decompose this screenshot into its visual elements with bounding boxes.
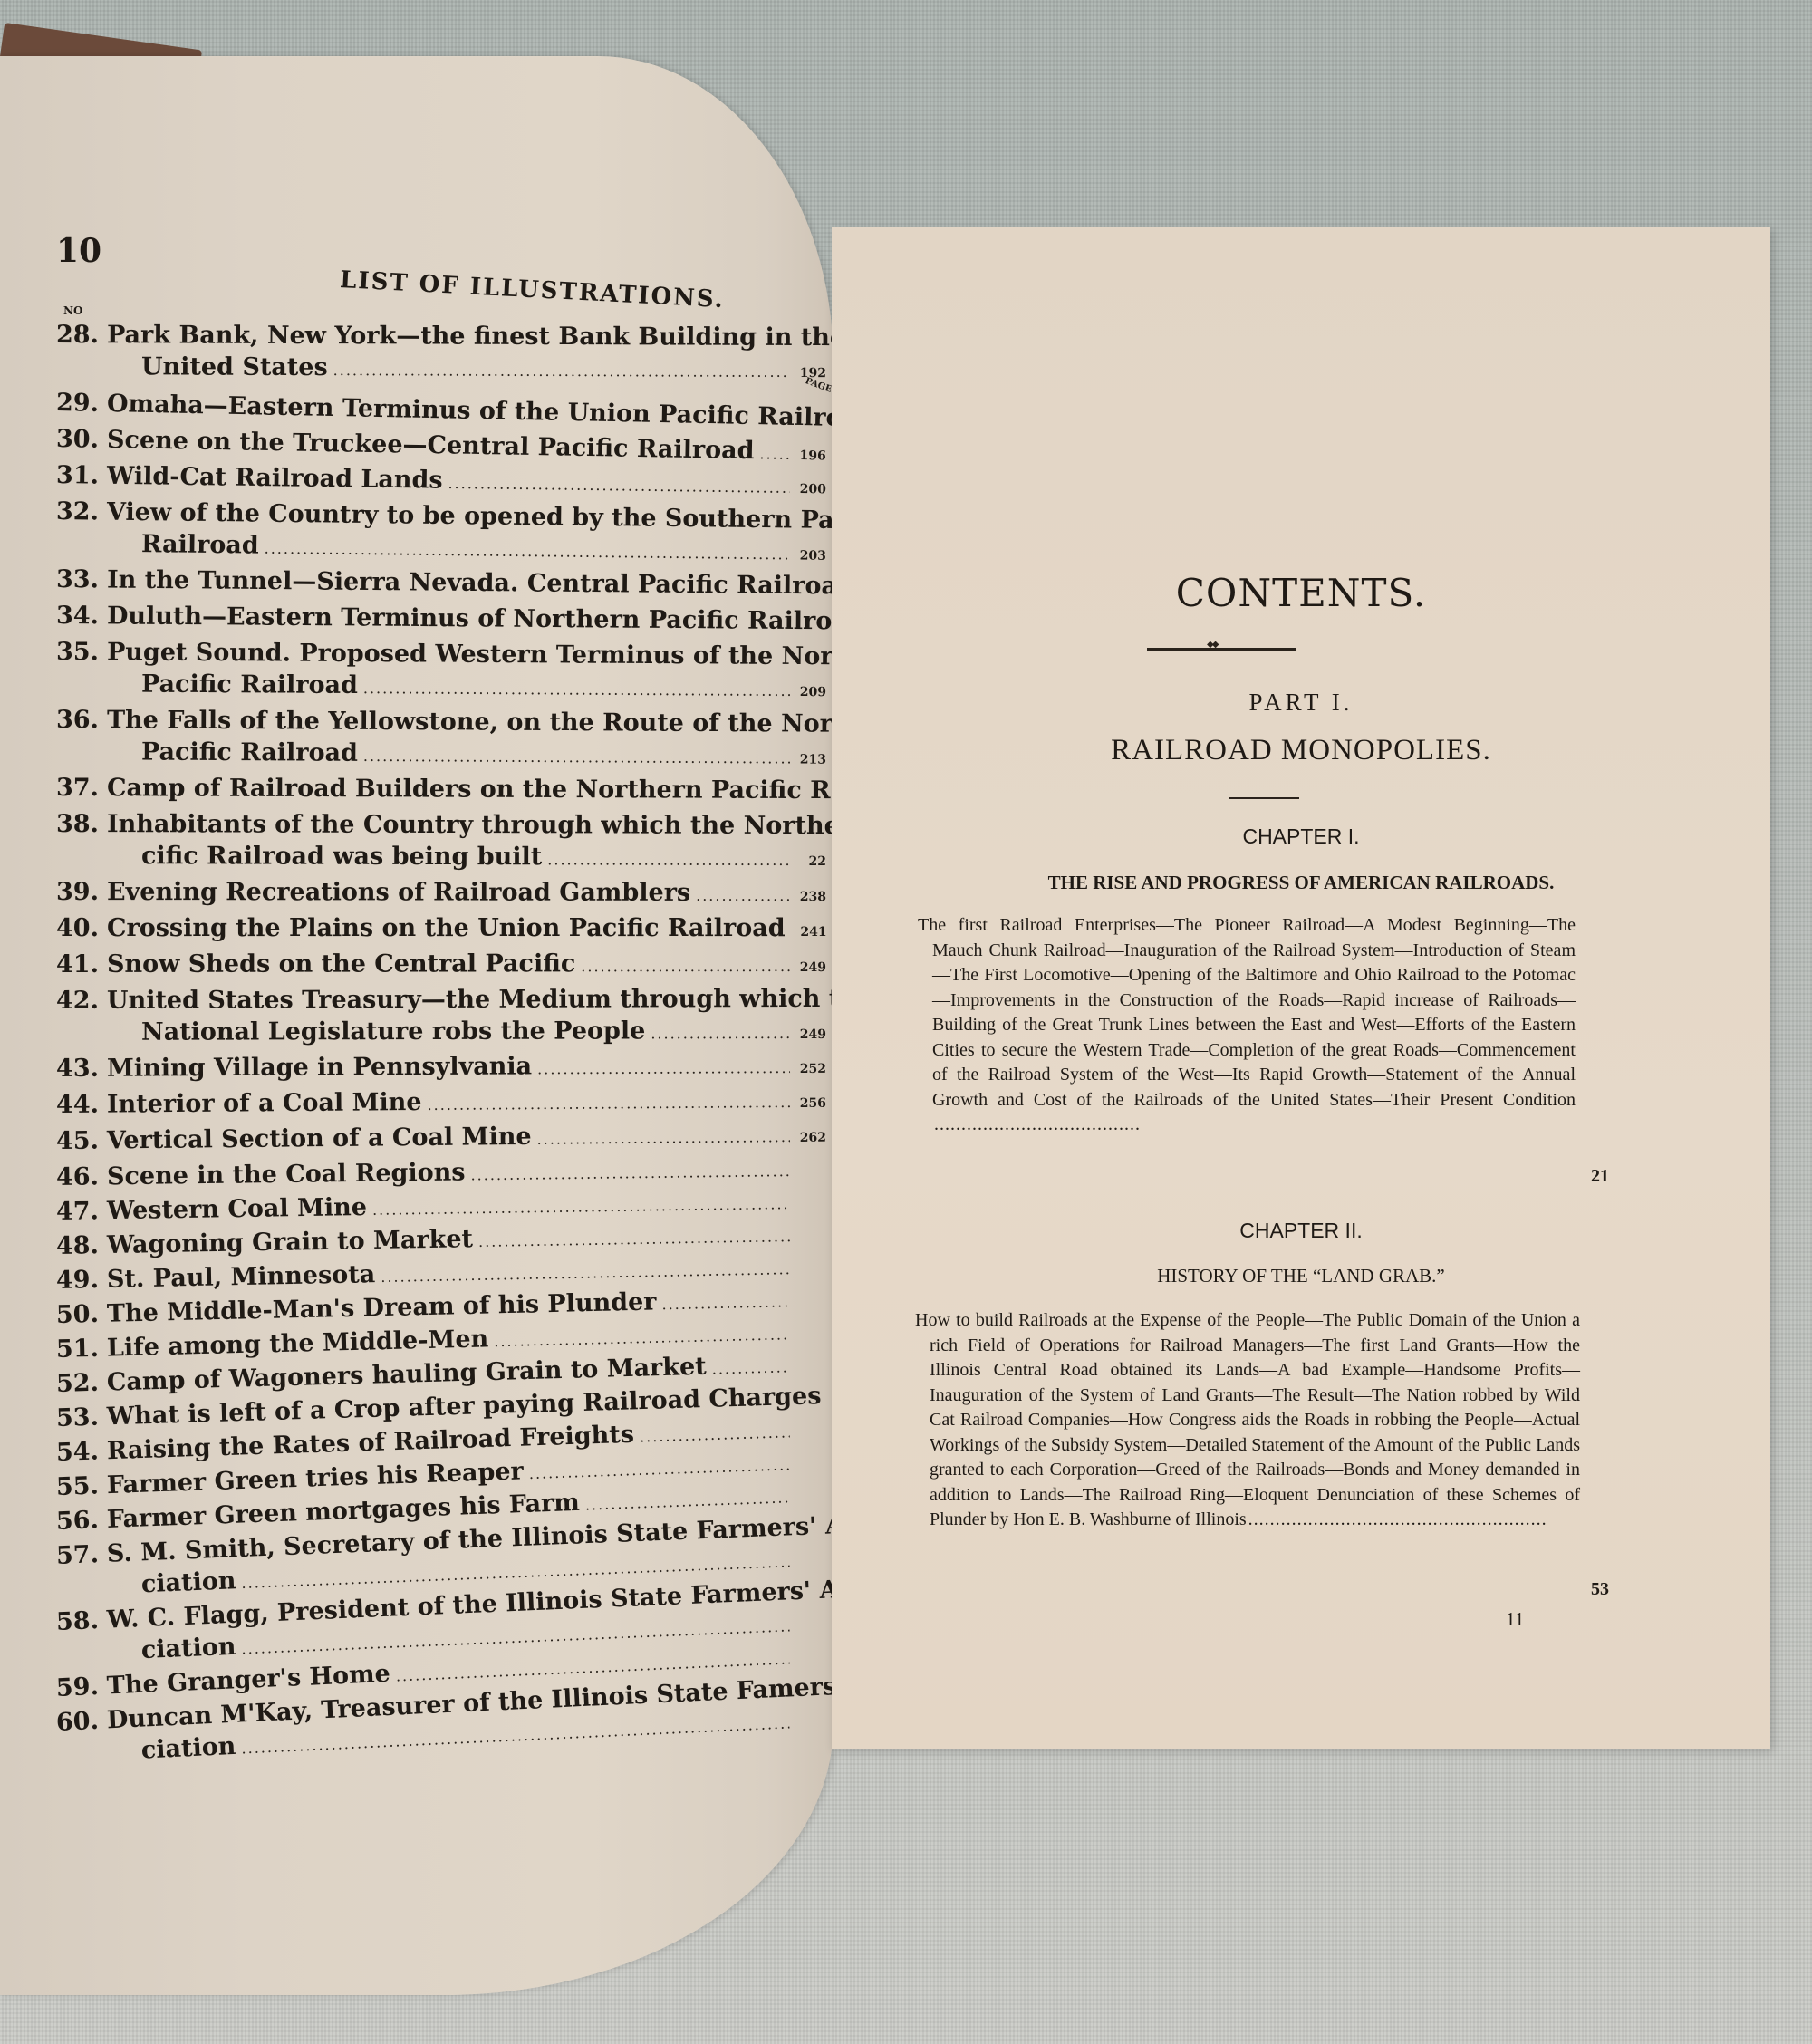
illustration-page: 196	[795, 440, 827, 473]
illustration-title: Snow Sheds on the Central Pacific	[107, 948, 575, 980]
illustration-page	[795, 1501, 826, 1502]
illustration-number: 53.	[55, 1401, 107, 1434]
illustration-list-item: 43.Mining Village in Pennsylvania.......…	[56, 1049, 826, 1089]
part-label: PART I.	[832, 689, 1770, 717]
illustration-page	[795, 1469, 826, 1470]
illustration-list-item: 37.Camp of Railroad Builders on the Nort…	[56, 772, 826, 811]
illustration-page	[795, 1371, 826, 1372]
illustration-list-item: 35.Puget Sound. Proposed Western Terminu…	[56, 636, 826, 672]
illustration-page	[795, 1663, 826, 1663]
leader-dots: ........................................…	[333, 354, 790, 388]
illustration-page	[795, 1240, 826, 1241]
illustration-title: Park Bank, New York—the finest Bank Buil…	[107, 319, 845, 353]
illustration-page	[795, 1566, 826, 1567]
chapter-2-label: CHAPTER II.	[832, 1219, 1770, 1243]
illustration-number: 40.	[56, 912, 107, 944]
leader-dots: ........................................…	[696, 880, 790, 911]
illustration-page	[795, 1273, 826, 1274]
illustration-number: 36.	[56, 704, 107, 736]
illustration-number: 38.	[56, 808, 107, 840]
leader-dots: ........................................…	[711, 1351, 790, 1384]
illustration-page: 200	[795, 474, 826, 506]
illustration-number: 35.	[56, 636, 107, 668]
leader-dots: ........................................…	[547, 844, 790, 876]
illustration-page	[795, 1436, 826, 1437]
illustration-list-item-continuation: cific Railroad was being built..........…	[56, 840, 826, 878]
chapter-1-page: 21	[1591, 1166, 1609, 1187]
chapter-1-label: CHAPTER I.	[832, 824, 1770, 849]
illustration-number: 60.	[55, 1704, 108, 1739]
illustration-list-item-continuation: Pacific Railroad........................…	[56, 736, 826, 776]
illustration-number: 59.	[55, 1671, 107, 1704]
right-page: CONTENTS. PART I. RAILROAD MONOPOLIES. C…	[832, 227, 1770, 1749]
illustration-title: United States Treasury—the Medium throug…	[107, 983, 873, 1017]
illustration-list-item-continuation: National Legislature robs the People....…	[56, 1015, 826, 1053]
part-title: RAILROAD MONOPOLIES.	[832, 734, 1770, 767]
illustration-list-item: 42.United States Treasury—the Medium thr…	[56, 983, 826, 1017]
ornamental-rule-icon	[1147, 648, 1296, 651]
illustration-list-item: 38.Inhabitants of the Country through wh…	[56, 808, 826, 842]
illustration-page: 256	[795, 1088, 826, 1120]
illustration-number: 47.	[56, 1195, 108, 1228]
left-page-number: 10	[56, 232, 101, 270]
chapter-2-subtitle: HISTORY OF THE “LAND GRAB.”	[832, 1265, 1770, 1287]
illustration-title: The Falls of the Yellowstone, on the Rou…	[107, 704, 908, 740]
leader-dots: ........................................…	[661, 1286, 790, 1320]
illustration-title: Camp of Railroad Builders on the Norther…	[107, 772, 928, 806]
contents-title: CONTENTS.	[832, 571, 1770, 615]
illustration-page	[795, 1630, 826, 1631]
illustration-number: 54.	[55, 1435, 107, 1469]
illustration-title-continuation: ciation	[140, 1565, 236, 1600]
illustration-list-item-continuation: Pacific Railroad........................…	[56, 668, 826, 709]
illustration-page: 249	[795, 1019, 826, 1051]
illustration-title: Vertical Section of a Coal Mine	[107, 1121, 532, 1157]
illustration-number: 51.	[56, 1333, 108, 1365]
illustration-title-continuation: National Legislature robs the People	[141, 1015, 645, 1047]
illustration-number: 58.	[55, 1605, 107, 1638]
illustration-number: 33.	[56, 564, 107, 595]
leader-dots: ........................................…	[651, 1017, 790, 1049]
illustration-page	[795, 1338, 826, 1339]
illustration-page	[795, 1727, 825, 1729]
illustration-list-item: 36.The Falls of the Yellowstone, on the …	[56, 704, 826, 740]
leader-dots: ........................................…	[264, 533, 790, 571]
illustration-title: Inhabitants of the Country through which…	[107, 808, 922, 842]
illustration-title: In the Tunnel—Sierra Nevada. Central Pac…	[107, 564, 854, 602]
illustration-title: Wagoning Grain to Market	[107, 1223, 474, 1261]
illustration-page: 262	[795, 1123, 826, 1154]
illustration-title: Crossing the Plains on the Union Pacific…	[107, 912, 786, 944]
illustration-list-item: 39.Evening Recreations of Railroad Gambl…	[56, 876, 826, 913]
illustration-number: 28.	[56, 319, 107, 351]
right-page-number: 11	[1506, 1608, 1524, 1631]
illustration-page: 252	[795, 1054, 826, 1085]
illustration-page: 249	[795, 952, 826, 984]
leader-dots: ........................................…	[363, 672, 790, 707]
illustration-title-continuation: ciation	[140, 1731, 236, 1767]
illustration-title: Duluth—Eastern Terminus of Northern Paci…	[107, 600, 865, 637]
illustration-number: 31.	[56, 459, 107, 492]
illustration-number: 57.	[55, 1538, 107, 1572]
illustration-page: 238	[795, 882, 826, 913]
illustration-page: 203	[795, 540, 826, 572]
leader-dots: ........................................…	[537, 1052, 790, 1085]
illustrations-list: 28.Park Bank, New York—the finest Bank B…	[56, 319, 826, 1773]
leader-dots: ........................................…	[1247, 1508, 1546, 1533]
number-column-label: NO	[63, 304, 82, 317]
leader-dots: ........................................…	[427, 1086, 790, 1121]
illustration-page	[795, 1306, 826, 1306]
illustration-number: 55.	[55, 1470, 107, 1503]
illustration-number: 29.	[56, 387, 108, 419]
illustration-title: Wild-Cat Railroad Lands	[107, 460, 443, 497]
illustration-list-item-continuation: United States...........................…	[56, 351, 826, 390]
illustration-list-item: 34.Duluth—Eastern Terminus of Northern P…	[56, 600, 826, 641]
illustration-title-continuation: cific Railroad was being built	[141, 840, 542, 873]
illustration-title-continuation: Pacific Railroad	[141, 669, 358, 701]
illustration-number: 32.	[56, 496, 107, 528]
illustration-title-continuation: Railroad	[141, 528, 259, 562]
illustration-title: Interior of a Coal Mine	[107, 1086, 422, 1121]
illustration-title: Mining Village in Pennsylvania	[107, 1050, 532, 1084]
illustration-title: Puget Sound. Proposed Western Terminus o…	[107, 636, 909, 672]
leader-dots: ........................................…	[759, 438, 790, 470]
illustration-title-continuation: United States	[141, 351, 328, 383]
illustration-number: 41.	[56, 949, 107, 980]
leader-dots: ........................................…	[932, 1113, 1141, 1138]
divider-rule	[1229, 797, 1299, 799]
illustration-title: Evening Recreations of Railroad Gamblers	[107, 876, 690, 909]
illustration-title: St. Paul, Minnesota	[107, 1258, 376, 1296]
leader-dots: ........................................…	[536, 1121, 790, 1155]
illustration-number: 52.	[55, 1367, 107, 1400]
illustration-page: 22	[795, 846, 826, 878]
leader-dots: ........................................…	[581, 950, 790, 982]
illustration-page: 241	[796, 917, 827, 949]
illustration-title: Western Coal Mine	[107, 1191, 367, 1227]
chapter-2-summary: How to build Railroads at the Expense of…	[915, 1308, 1580, 1533]
illustration-number: 56.	[55, 1504, 107, 1538]
illustration-title: Scene in the Coal Regions	[107, 1156, 466, 1192]
illustration-page: 192	[795, 358, 826, 390]
illustration-page: 209	[795, 677, 826, 709]
illustration-number: 39.	[56, 876, 107, 908]
chapter-1-summary: The first Railroad Enterprises—The Pione…	[918, 913, 1576, 1138]
illustration-number: 30.	[56, 423, 108, 456]
illustration-title-continuation: ciation	[140, 1631, 236, 1666]
illustration-number: 49.	[56, 1264, 108, 1297]
illustration-list-item: 41.Snow Sheds on the Central Pacific....…	[56, 948, 826, 985]
illustration-number: 43.	[56, 1053, 107, 1085]
leader-dots: ........................................…	[363, 740, 790, 775]
chapter-2-page: 53	[1591, 1579, 1609, 1600]
illustration-number: 48.	[56, 1229, 108, 1262]
leader-dots: ........................................…	[448, 468, 790, 504]
illustration-number: 45.	[56, 1124, 107, 1157]
illustration-page: 213	[795, 744, 826, 776]
illustration-number: 34.	[56, 600, 107, 632]
illustration-number: 44.	[56, 1089, 107, 1121]
illustration-number: 46.	[56, 1161, 107, 1193]
illustration-title-continuation: Pacific Railroad	[141, 737, 358, 769]
illustration-number: 50.	[56, 1298, 108, 1331]
illustration-number: 37.	[56, 772, 107, 804]
illustration-number: 42.	[56, 985, 107, 1017]
illustration-list-item: 40.Crossing the Plains on the Union Paci…	[56, 912, 826, 949]
chapter-1-subtitle: THE RISE AND PROGRESS OF AMERICAN RAILRO…	[832, 872, 1770, 894]
illustration-list-item: 28.Park Bank, New York—the finest Bank B…	[56, 319, 826, 353]
